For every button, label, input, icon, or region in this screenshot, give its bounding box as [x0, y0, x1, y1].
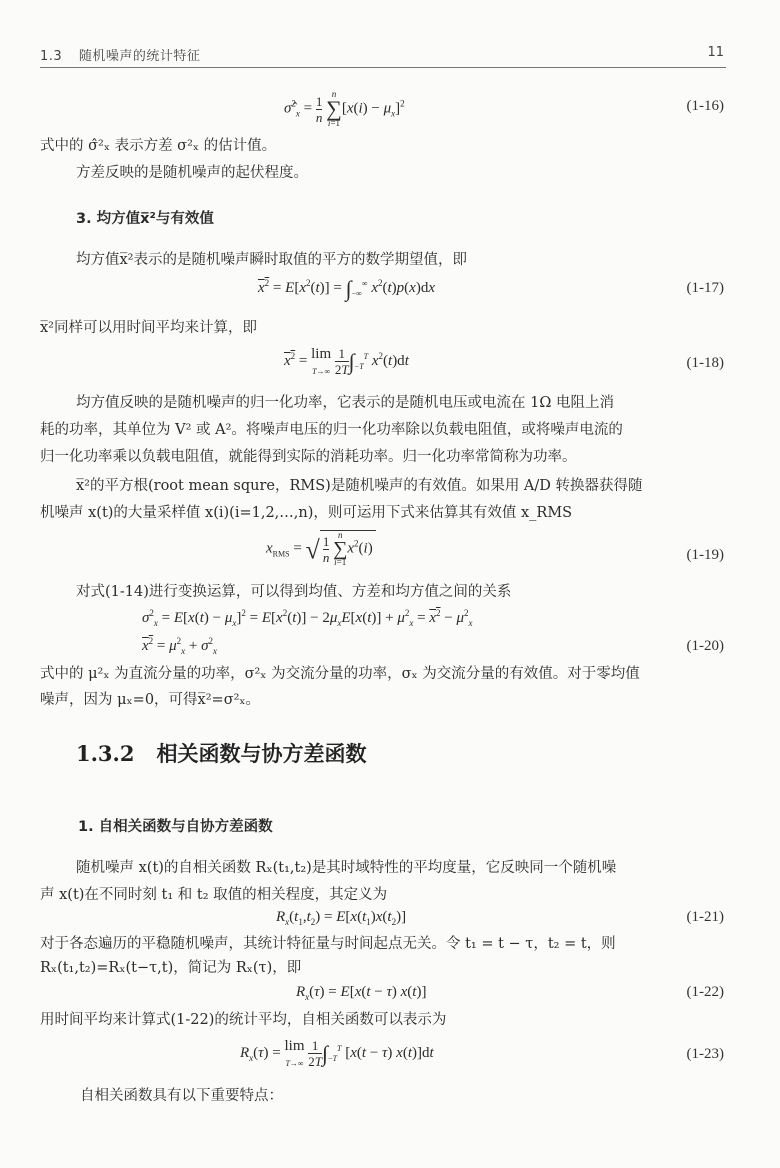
- section-number: 1.3: [40, 49, 62, 64]
- paragraph-line: 式中的 μ²ₓ 为直流分量的功率，σ²ₓ 为交流分量的功率，σₓ 为交流分量的有…: [40, 664, 640, 684]
- section-heading-title: 相关函数与协方差函数: [156, 741, 366, 766]
- paragraph-line: 均方值反映的是随机噪声的归一化功率，它表示的是随机电压或电流在 1Ω 电阻上消: [76, 393, 614, 413]
- equation-label: (1-19): [687, 547, 725, 564]
- paragraph: x̅²同样可以用时间平均来计算，即: [40, 318, 257, 338]
- equation-1-20a: σ2x = E[x(t) − μx]2 = E[x2(t)] − 2μxE[x(…: [142, 610, 473, 627]
- equation-label: (1-20): [687, 638, 725, 655]
- paragraph-line: 归一化功率乘以负载电阻值，就能得到实际的消耗功率。归一化功率常简称为功率。: [40, 447, 577, 467]
- subsection-heading: 1. 自相关函数与自协方差函数: [78, 815, 273, 836]
- equation-1-23: Rx(τ) = limT→∞ 12T∫−TT [x(t − τ) x(t)]dt: [240, 1038, 434, 1070]
- paragraph-line: 声 x(t)在不同时刻 t₁ 和 t₂ 取值的相关程度，其定义为: [40, 885, 387, 905]
- paragraph: 对式(1-14)进行变换运算，可以得到均值、方差和均方值之间的关系: [76, 582, 511, 602]
- section-heading-number: 1.3.2: [76, 741, 134, 766]
- equation-1-16: σ̂2x = 1n n∑i=1[x(i) − μx]2: [284, 90, 405, 128]
- equation-1-21: Rx(t1,t2) = E[x(t1)x(t2)]: [276, 909, 406, 926]
- equation-label: (1-18): [687, 355, 725, 372]
- equation-label: (1-17): [687, 280, 725, 297]
- paragraph: 自相关函数具有以下重要特点：: [80, 1086, 283, 1106]
- equation-1-17: x2 = E[x2(t)] = ∫−∞∞ x2(t)p(x)dx: [258, 276, 435, 302]
- equation-1-22: Rx(τ) = E[x(t − τ) x(t)]: [296, 984, 426, 1001]
- subsection-heading: 3. 均方值x̅²与有效值: [76, 207, 214, 228]
- paragraph: 均方值x̅²表示的是随机噪声瞬时取值的平方的数学期望值，即: [76, 250, 467, 270]
- equation-label: (1-16): [687, 98, 725, 115]
- paragraph-line: 机噪声 x(t)的大量采样值 x(i)(i=1,2,…,n)，则可运用下式来估算…: [40, 503, 572, 523]
- equation-label: (1-23): [687, 1046, 725, 1063]
- running-header: 1.3 随机噪声的统计特征: [40, 45, 200, 64]
- paragraph-line: 随机噪声 x(t)的自相关函数 Rₓ(t₁,t₂)是其时域特性的平均度量，它反映…: [76, 858, 616, 878]
- paragraph: 方差反映的是随机噪声的起伏程度。: [76, 163, 308, 183]
- section-title: 随机噪声的统计特征: [79, 49, 201, 64]
- paragraph-line: 对于各态遍历的平稳随机噪声，其统计特征量与时间起点无关。令 t₁ = t − τ…: [40, 934, 616, 954]
- equation-1-20: x2 = μ2x + σ2x: [142, 638, 217, 655]
- paragraph-line: Rₓ(t₁,t₂)=Rₓ(t−τ,t)，简记为 Rₓ(τ)，即: [40, 958, 301, 978]
- section-heading: 1.3.2相关函数与协方差函数: [76, 738, 366, 768]
- paragraph: 用时间平均来计算式(1-22)的统计平均，自相关函数可以表示为: [40, 1010, 446, 1030]
- equation-1-19: xRMS = √1n n∑i=1x2(i): [266, 530, 376, 567]
- equation-label: (1-21): [687, 909, 725, 926]
- page-number: 11: [707, 45, 724, 60]
- paragraph-line: 耗的功率，其单位为 V² 或 A²。将噪声电压的归一化功率除以负载电阻值，或将噪…: [40, 420, 623, 440]
- paragraph: 式中的 σ̂²ₓ 表示方差 σ²ₓ 的估计值。: [40, 136, 276, 156]
- equation-1-18: x2 = limT→∞ 12T∫−TT x2(t)dt: [284, 346, 409, 378]
- equation-label: (1-22): [687, 984, 725, 1001]
- paragraph-line: 噪声，因为 μₓ=0，可得x̅²=σ²ₓ。: [40, 690, 260, 710]
- header-rule: [40, 67, 726, 68]
- paragraph-line: x̅²的平方根(root mean squre，RMS)是随机噪声的有效值。如果…: [76, 476, 643, 496]
